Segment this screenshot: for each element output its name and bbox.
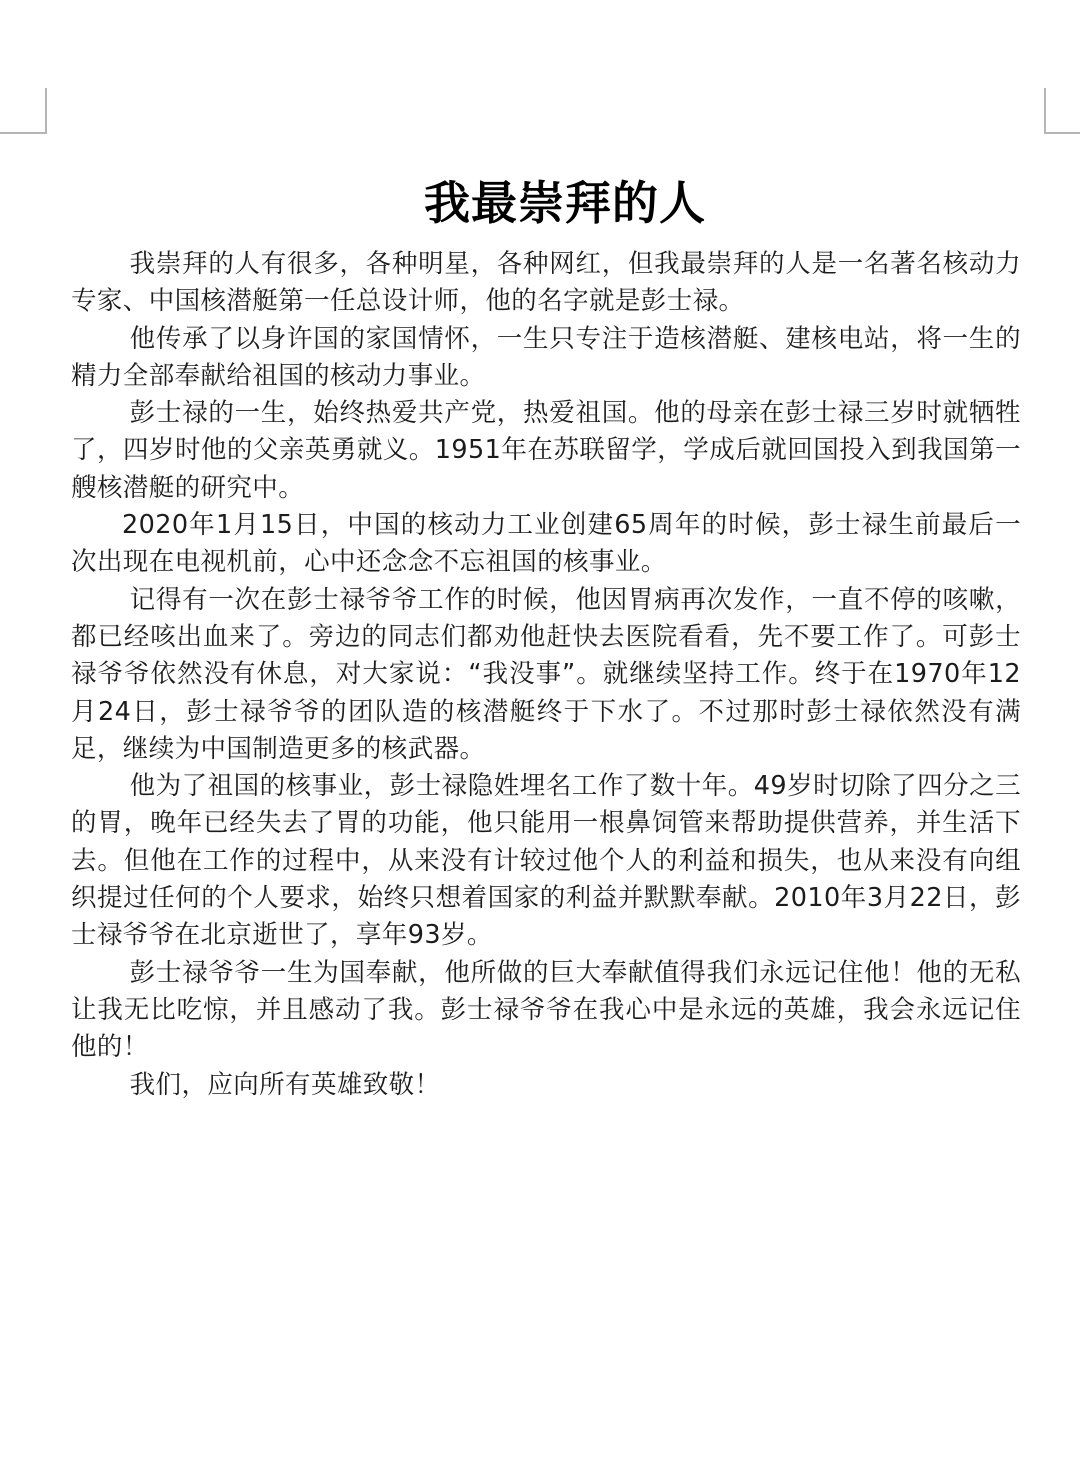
page-corner-mark-top-right — [1044, 88, 1080, 134]
paragraph: 记得有一次在彭士禄爷爷工作的时候，他因胃病再次发作，一直不停的咳嗽，都已经咳出血… — [71, 582, 1021, 768]
paragraph: 我们，应向所有英雄致敬！ — [71, 1067, 1021, 1104]
paragraph: 他为了祖国的核事业，彭士禄隐姓埋名工作了数十年。49岁时切除了四分之三的胃，晚年… — [71, 768, 1021, 954]
paragraph: 2020年1月15日，中国的核动力工业创建65周年的时候，彭士禄生前最后一次出现… — [71, 507, 1021, 582]
page-corner-mark-top-left — [0, 88, 47, 134]
paragraph: 彭士禄的一生，始终热爱共产党，热爱祖国。他的母亲在彭士禄三岁时就牺牲了，四岁时他… — [71, 395, 1021, 507]
document-body: 我崇拜的人有很多，各种明星，各种网红，但我最崇拜的人是一名著名核动力专家、中国核… — [71, 246, 1021, 1104]
paragraph: 我崇拜的人有很多，各种明星，各种网红，但我最崇拜的人是一名著名核动力专家、中国核… — [71, 246, 1021, 321]
paragraph: 他传承了以身许国的家国情怀，一生只专注于造核潜艇、建核电站，将一生的精力全部奉献… — [71, 321, 1021, 396]
document-title: 我最崇拜的人 — [0, 171, 1080, 235]
paragraph: 彭士禄爷爷一生为国奉献，他所做的巨大奉献值得我们永远记住他！他的无私让我无比吃惊… — [71, 955, 1021, 1067]
